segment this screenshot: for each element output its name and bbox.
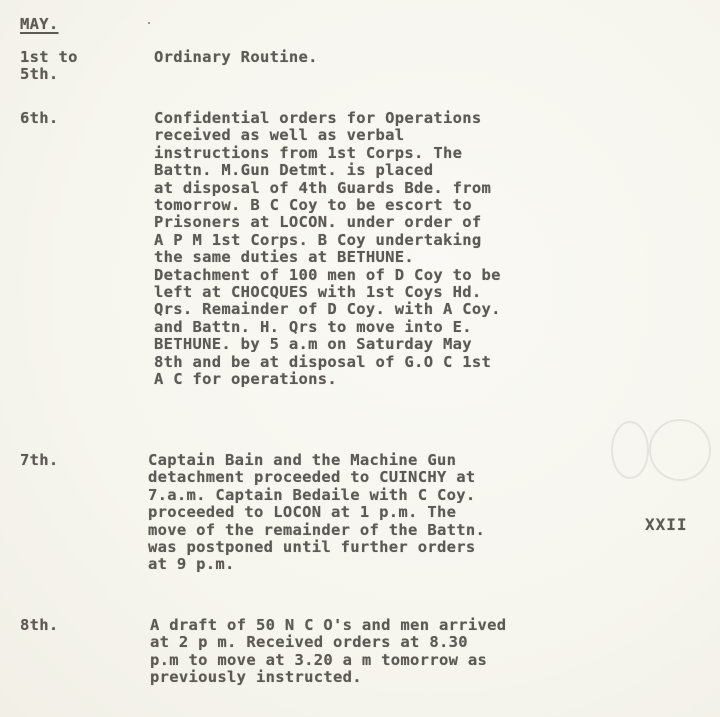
entry-date: 6th. (20, 110, 130, 127)
entry-text: A draft of 50 N C O's and men arrived at… (150, 617, 610, 687)
entry-text: Captain Bain and the Machine Gun detachm… (148, 452, 608, 574)
month-heading: MAY. (20, 16, 59, 33)
typewritten-war-diary-page: MAY. 1st to 5th. Ordinary Routine. 6th. … (0, 0, 720, 717)
entry-date: 8th. (20, 617, 130, 634)
entry-text: Confidential orders for Operations recei… (154, 110, 614, 389)
ink-speck (148, 22, 150, 24)
page-number: XXII (645, 516, 688, 533)
entry-date: 1st to 5th. (20, 49, 130, 84)
faded-stamp-mark (605, 415, 715, 485)
entry-date: 7th. (20, 452, 130, 469)
entry-text: Ordinary Routine. (154, 49, 614, 66)
